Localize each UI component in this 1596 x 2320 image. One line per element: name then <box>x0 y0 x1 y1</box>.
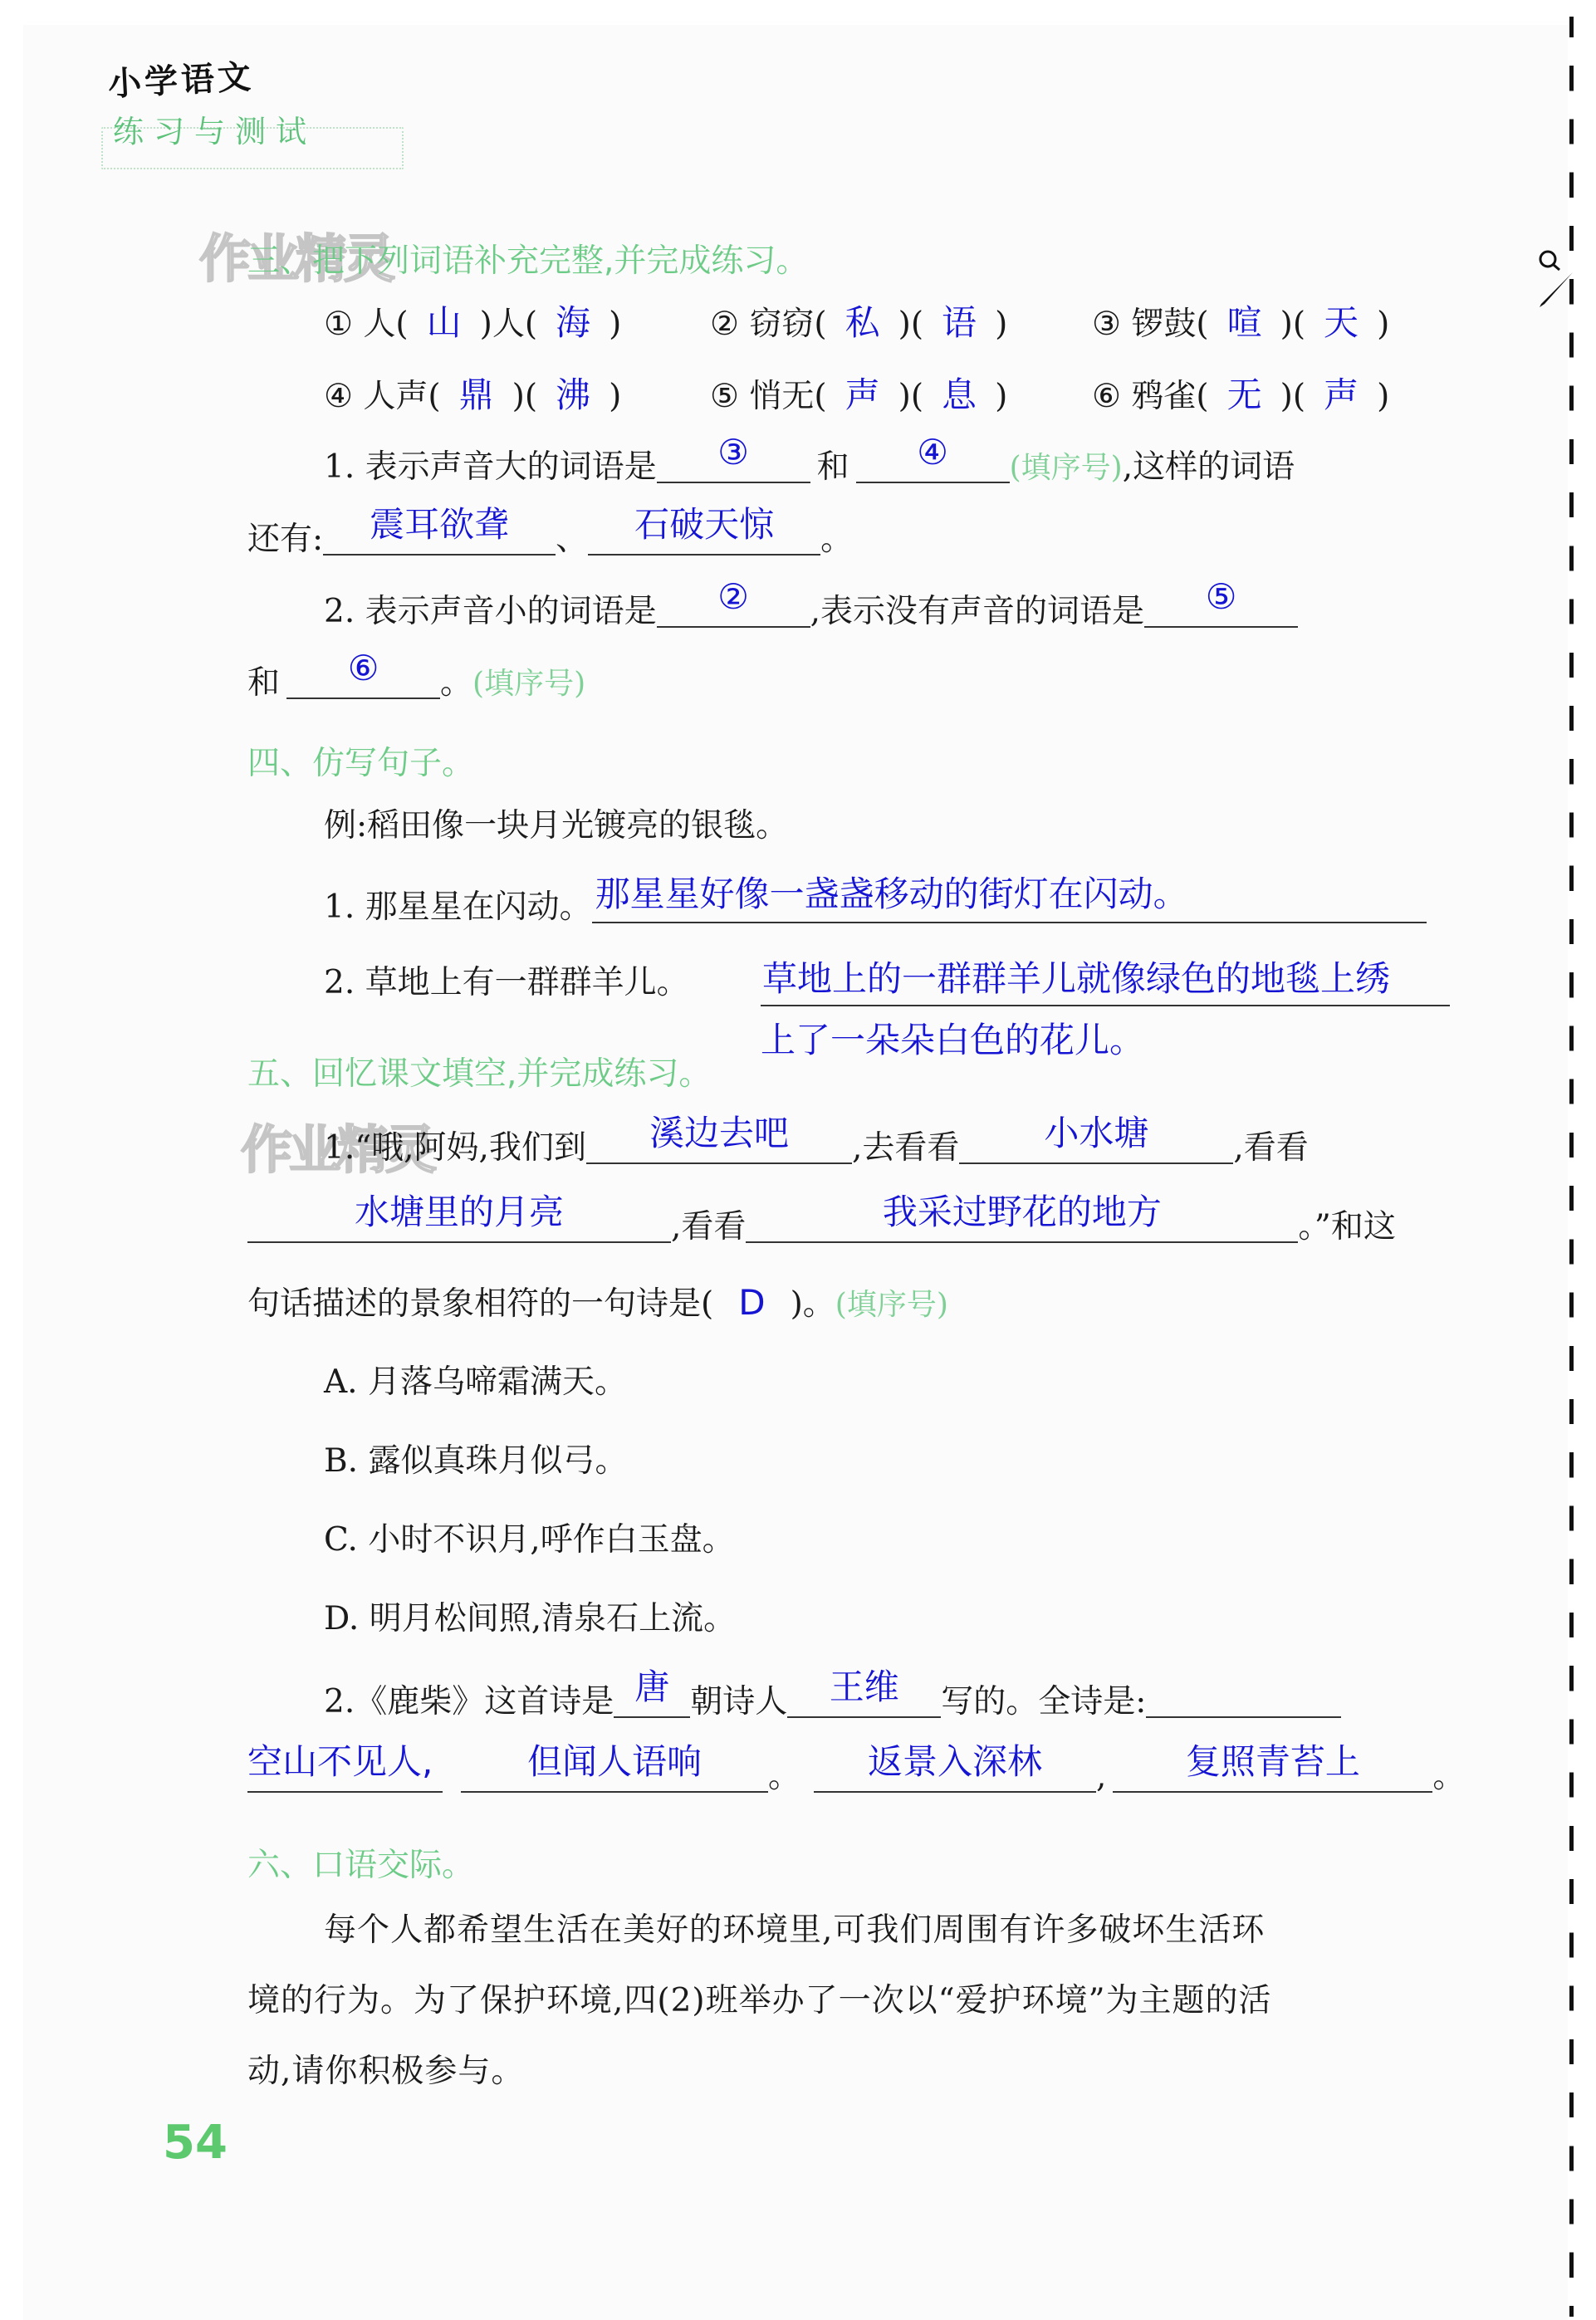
answer: 无 <box>1227 374 1262 415</box>
answer: 私 <box>845 302 880 343</box>
section5-heading: 五、回忆课文填空,并完成练习。 <box>247 1048 711 1094</box>
s5-poem-lines: 空山不见人,但闻人语响。返景入深林,复照青苔上。 <box>247 1756 1465 1793</box>
section4-heading: 四、仿写句子。 <box>247 737 474 784</box>
s3-question-2: 2. 表示声音小的词语是②,表示没有声音的词语是⑤ <box>324 591 1298 628</box>
answer-blank[interactable]: 我采过野花的地方 <box>746 1206 1298 1243</box>
s4-question-2: 2. 草地上有一群群羊儿。 <box>324 967 689 999</box>
option-c: C. 小时不识月,呼作白玉盘。 <box>324 1524 735 1556</box>
s5-question-1: 1.“哦,阿妈,我们到溪边去吧,去看看小水塘,看看 <box>324 1128 1309 1164</box>
answer: 喧 <box>1227 302 1262 343</box>
hint-text: (填序号) <box>472 667 585 701</box>
word-item-5: ⑤ 悄无(声)(息) <box>710 378 1007 413</box>
s3-question-1-cont: 还有:震耳欲聋、石破天惊。 <box>247 519 853 556</box>
answer-blank[interactable]: 复照青苔上 <box>1113 1756 1432 1793</box>
option-b: B. 露似真珠月似弓。 <box>324 1445 627 1477</box>
s3-question-1: 1. 表示声音大的词语是③和④(填序号),这样的词语 <box>324 447 1295 483</box>
answer: 语 <box>942 302 977 343</box>
answer-blank[interactable]: 返景入深林 <box>814 1756 1096 1793</box>
option-a: A. 月落乌啼霜满天。 <box>324 1366 627 1398</box>
answer-blank[interactable]: ⑤ <box>1144 591 1298 628</box>
section3-heading: 三、把下列词语补充完整,并完成练习。 <box>247 235 808 281</box>
answer: 沸 <box>556 374 590 415</box>
answer-line[interactable]: 那星星好像一盏盏移动的街灯在闪动。 <box>592 887 1427 923</box>
answer: 声 <box>845 374 880 415</box>
answer-line[interactable]: 草地上的一群群羊儿就像绿色的地毯上绣 <box>761 952 1450 1006</box>
paragraph-line-1: 每个人都希望生活在美好的环境里,可我们周围有许多破坏生活环 <box>324 1914 1265 1946</box>
word-item-1: ① 人(山)人(海) <box>324 306 621 340</box>
s4-question-1: 1. 那星星在闪动。那星星好像一盏盏移动的街灯在闪动。 <box>324 887 1427 923</box>
page-number: 54 <box>163 2116 228 2170</box>
section6-heading: 六、口语交际。 <box>247 1839 474 1886</box>
cut-line <box>1569 17 1574 2317</box>
answer-blank[interactable]: 唐 <box>614 1681 690 1718</box>
hint-text: (填序号) <box>835 1288 948 1322</box>
answer-blank[interactable]: ② <box>657 591 810 628</box>
answer-blank[interactable]: 石破天惊 <box>588 519 820 556</box>
answer-blank[interactable]: 但闻人语响 <box>461 1756 768 1793</box>
s5-question-1-cont: 水塘里的月亮,看看我采过野花的地方。”和这 <box>247 1206 1396 1243</box>
answer-blank[interactable]: ④ <box>856 447 1010 483</box>
answer-blank[interactable]: 小水塘 <box>959 1128 1233 1164</box>
option-d: D. 明月松间照,清泉石上流。 <box>324 1603 736 1635</box>
s5-question-2: 2.《鹿柴》这首诗是唐朝诗人王维写的。全诗是: <box>324 1681 1341 1718</box>
answer-blank[interactable]: 王维 <box>787 1681 941 1718</box>
answer: 海 <box>556 302 590 343</box>
answer-blank[interactable]: 水塘里的月亮 <box>247 1206 671 1243</box>
answer-blank[interactable]: 溪边去吧 <box>586 1128 852 1164</box>
s5-question-1-choice: 句话描述的景象相符的一句诗是(D)。(填序号) <box>247 1285 948 1320</box>
book-title: 小学语文 <box>107 51 256 105</box>
paragraph-line-3: 动,请你积极参与。 <box>247 2055 524 2088</box>
word-item-3: ③ 锣鼓(喧)(天) <box>1092 306 1389 340</box>
s3-question-2-cont: 和⑥。(填序号) <box>247 663 585 699</box>
answer: 天 <box>1324 302 1359 343</box>
answer-blank[interactable]: ⑥ <box>286 663 440 699</box>
answer: 山 <box>427 302 462 343</box>
word-item-6: ⑥ 鸦雀(无)(声) <box>1092 378 1389 413</box>
word-item-2: ② 窃窃(私)(语) <box>710 306 1007 340</box>
answer: 鼎 <box>459 374 494 415</box>
answer-blank[interactable]: 空山不见人, <box>247 1756 443 1793</box>
answer: 息 <box>942 374 977 415</box>
scissors-icon <box>1536 249 1574 316</box>
choice-answer: D <box>738 1282 765 1323</box>
answer-continuation: 上了一朵朵白色的花儿。 <box>761 1013 1144 1063</box>
book-subtitle: 练习与测试 <box>113 106 316 151</box>
answer: 声 <box>1324 374 1359 415</box>
answer-blank[interactable]: 震耳欲聋 <box>323 519 556 556</box>
paragraph-line-2: 境的行为。为了保护环境,四(2)班举办了一次以“爱护环境”为主题的活 <box>247 1985 1272 2017</box>
word-item-4: ④ 人声(鼎)(沸) <box>324 378 621 413</box>
answer-blank[interactable]: ③ <box>657 447 810 483</box>
answer-blank[interactable] <box>1146 1716 1341 1718</box>
hint-text: (填序号) <box>1010 451 1123 485</box>
example-sentence: 例:稻田像一块月光镀亮的银毯。 <box>324 810 788 842</box>
